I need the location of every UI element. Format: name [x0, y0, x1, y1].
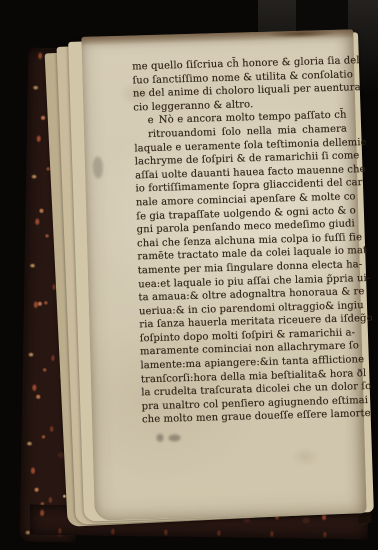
book-photograph: me quello ſiſcriua ch̄ honore & gloria ſ…: [0, 0, 378, 550]
show-through-mark: [156, 434, 163, 442]
show-through-mark: [93, 156, 104, 178]
show-through-mark: [168, 434, 180, 441]
page-text: me quello ſiſcriua ch̄ honore & gloria ſ…: [132, 55, 355, 428]
book-page: me quello ſiſcriua ch̄ honore & gloria ſ…: [81, 29, 366, 520]
